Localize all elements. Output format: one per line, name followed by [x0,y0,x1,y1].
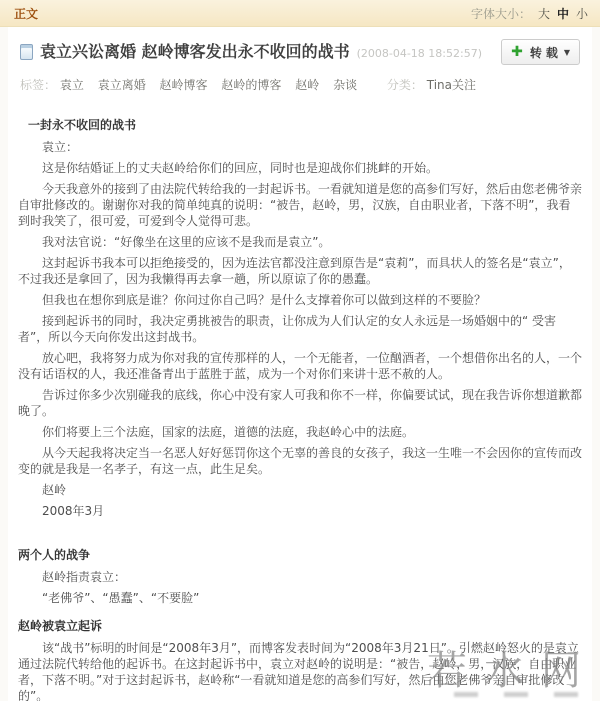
category-label: 分类： [387,78,423,92]
font-size-label: 字体大小： [471,5,531,22]
letter-signature: 赵岭 [18,482,582,498]
letter-paragraph: 你们将要上三个法庭，国家的法庭，道德的法庭，我赵岭心中的法庭。 [18,424,582,440]
chevron-down-icon: ▼ [564,48,570,57]
tags-label: 标签： [20,78,56,92]
tag-link[interactable]: 袁立离婚 [98,78,146,92]
letter-paragraph: 告诉过你多少次别碰我的底线，你心中没有家人可我和你不一样，你偏要试试，现在我告诉… [18,387,582,419]
post-header: 袁立兴讼离婚 赵岭博客发出永不收回的战书 (2008-04-18 18:52:5… [8,41,592,63]
letter-paragraph: 我对法官说：“好像坐在这里的应该不是我而是袁立”。 [18,234,582,250]
font-size-large-button[interactable]: 大 [538,5,550,22]
tags-row: 标签： 袁立 袁立离婚 赵岭博客 赵岭的博客 赵岭 杂谈 分类： Tina关注 [8,63,592,99]
post-timestamp: (2008-04-18 18:52:57) [357,47,482,63]
letter-paragraph: 接到起诉书的同时，我决定勇挑被告的职责，让你成为人们认定的女人永远是一场婚姻中的… [18,313,582,345]
font-size-small-button[interactable]: 小 [576,5,588,22]
section-heading-war: 两个人的战争 [18,547,582,563]
topbar: 正文 字体大小： 大 中 小 [0,0,600,27]
letter-paragraph: 放心吧，我将努力成为你对我的宣传那样的人，一个无能者，一位酗酒者，一个想借你出名… [18,350,582,382]
article-body: 一封永不收回的战书 袁立： 这是你结婚证上的丈夫赵岭给你们的回应，同时也是迎战你… [8,99,592,701]
tag-link[interactable]: 袁立 [60,78,84,92]
category-link[interactable]: Tina关注 [427,78,476,92]
tag-link[interactable]: 赵岭 [295,78,319,92]
repost-button-label: 转载 [530,44,562,61]
letter-paragraph: 但我也在想你到底是谁？你问过你自己吗？是什么支撑着你可以做到这样的不要脸？ [18,292,582,308]
post-content-panel: 袁立兴讼离婚 赵岭博客发出永不收回的战书 (2008-04-18 18:52:5… [8,27,592,701]
letter-sign-date: 2008年3月 [18,503,582,519]
section-paragraph: “老佛爷”、“愚蠢”、“不要脸” [18,590,582,606]
letter-paragraph: 今天我意外的接到了由法院代转给我的一封起诉书。一看就知道是您的高参们写好，然后由… [18,181,582,229]
tag-link[interactable]: 杂谈 [333,78,357,92]
font-size-control: 字体大小： 大 中 小 [471,5,588,22]
breadcrumb-section-label: 正文 [14,5,38,22]
letter-paragraph: 从今天起我将决定当一名恶人好好惩罚你这个无辜的善良的女孩子，我这一生唯一不会因你… [18,445,582,477]
page-title: 袁立兴讼离婚 赵岭博客发出永不收回的战书 [40,41,350,63]
font-size-medium-button[interactable]: 中 [557,5,569,22]
section-paragraph: 赵岭指责袁立： [18,569,582,585]
plus-icon: ✚ [511,45,523,59]
post-document-icon [20,44,33,60]
letter-paragraph: 这封起诉书我本可以拒绝接受的，因为连法官都没注意到原告是“袁莉”，而具状人的签名… [18,255,582,287]
letter-paragraph: 这是你结婚证上的丈夫赵岭给你们的回应，同时也是迎战你们挑衅的开始。 [18,160,582,176]
letter-title: 一封永不收回的战书 [28,117,582,133]
section-paragraph: 该“战书”标明的时间是“2008年3月”，而博客发表时间为“2008年3月21日… [18,640,582,701]
repost-button[interactable]: ✚ 转载 ▼ [501,39,580,65]
letter-paragraph: 袁立： [18,139,582,155]
section-heading-sued: 赵岭被袁立起诉 [18,618,582,634]
tag-link[interactable]: 赵岭博客 [160,78,208,92]
tag-link[interactable]: 赵岭的博客 [221,78,281,92]
